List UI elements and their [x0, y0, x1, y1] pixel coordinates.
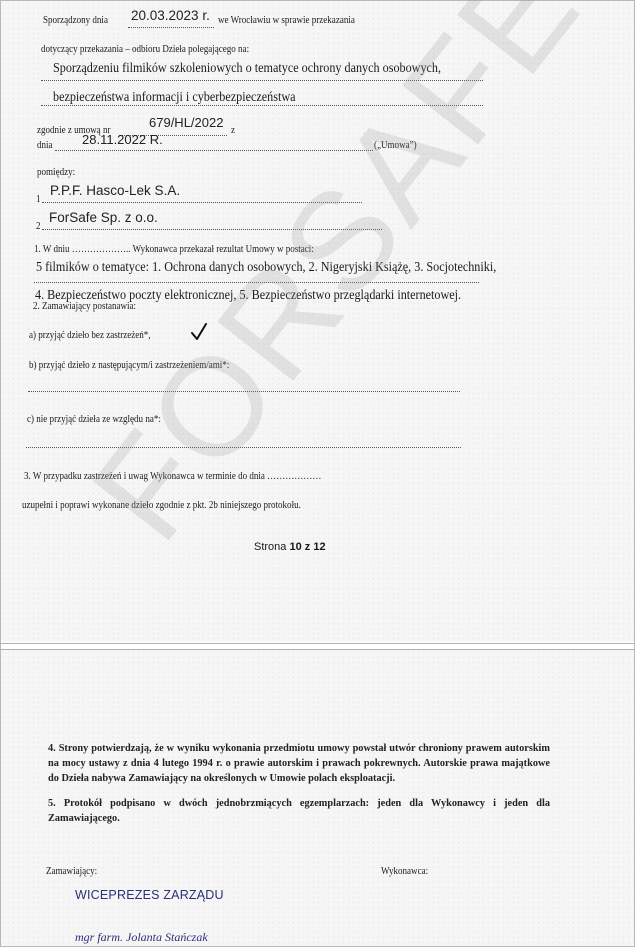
section-3-line1: 3. W przypadku zastrzeżeń i uwag Wykonaw…: [24, 471, 321, 482]
party-1-line: [42, 202, 362, 203]
section-1-result-line1: 5 filmików o tematyce: 1. Ochrona danych…: [36, 259, 496, 275]
option-c-text: c) nie przyjąć dzieła ze względu na*:: [27, 414, 161, 425]
party-1-number: 1: [36, 194, 41, 205]
drawn-up-label: Sporządzony dnia: [43, 15, 108, 26]
signer-name: mgr farm. Jolanta Stańczak: [75, 930, 208, 945]
party-1-name: P.P.F. Hasco-Lek S.A.: [50, 183, 180, 198]
section-1-result-dots: [34, 282, 479, 283]
place-text: we Wrocławiu w sprawie przekazania: [218, 15, 355, 26]
page-2: 4. Strony potwierdzają, że w wyniku wyko…: [1, 650, 634, 946]
party-2-name: ForSafe Sp. z o.o.: [49, 210, 158, 225]
section-4-text: 4. Strony potwierdzają, że w wyniku wyko…: [48, 741, 550, 786]
contract-date-line: [55, 150, 373, 151]
work-description-line1: Sporządzeniu filmików szkoleniowych o te…: [53, 60, 441, 76]
board-stamp: WICEPREZES ZARZĄDU: [75, 888, 224, 902]
party-2-line: [42, 229, 382, 230]
section-5-text: 5. Protokół podpisano w dwóch jednobrzmi…: [48, 796, 550, 826]
option-b-text: b) przyjąć dzieło z następującym/i zastr…: [29, 360, 229, 371]
option-c-dots: [26, 447, 461, 448]
client-signature-label: Zamawiający:: [46, 866, 97, 877]
work-line2-dots: [41, 105, 483, 106]
regarding-label: dotyczący przekazania – odbioru Dzieła p…: [41, 44, 249, 55]
party-2-number: 2: [36, 221, 41, 232]
page-number: Strona 10 z 12: [254, 541, 326, 553]
page-1: Sporządzony dnia 20.03.2023 r. we Wrocła…: [1, 1, 634, 642]
contract-number-suffix: z: [231, 125, 235, 136]
section-1-text: 1. W dniu ……………….. Wykonawca przekazał r…: [34, 244, 314, 255]
contract-alias: („Umowa”): [374, 140, 417, 151]
contract-date: 28.11.2022 R.: [82, 132, 163, 147]
contract-date-label: dnia: [37, 140, 53, 151]
section-3-line2: uzupełni i poprawi wykonane dzieło zgodn…: [22, 500, 301, 511]
work-line1-dots: [41, 80, 483, 81]
checkmark-icon: [191, 323, 207, 341]
page-divider: [0, 643, 635, 644]
contractor-signature-label: Wykonawca:: [381, 866, 428, 877]
option-b-dots: [28, 391, 460, 392]
contract-number: 679/HL/2022: [149, 115, 223, 130]
section-2-heading: 2. Zamawiający postanawia:: [33, 301, 136, 312]
drawn-up-date: 20.03.2023 r.: [131, 8, 210, 23]
drawn-up-date-line: [128, 27, 214, 28]
parties-label: pomiędzy:: [37, 167, 75, 178]
option-a-text: a) przyjąć dzieło bez zastrzeżeń*,: [29, 330, 151, 341]
work-description-line2: bezpieczeństwa informacji i cyberbezpiec…: [53, 89, 296, 105]
